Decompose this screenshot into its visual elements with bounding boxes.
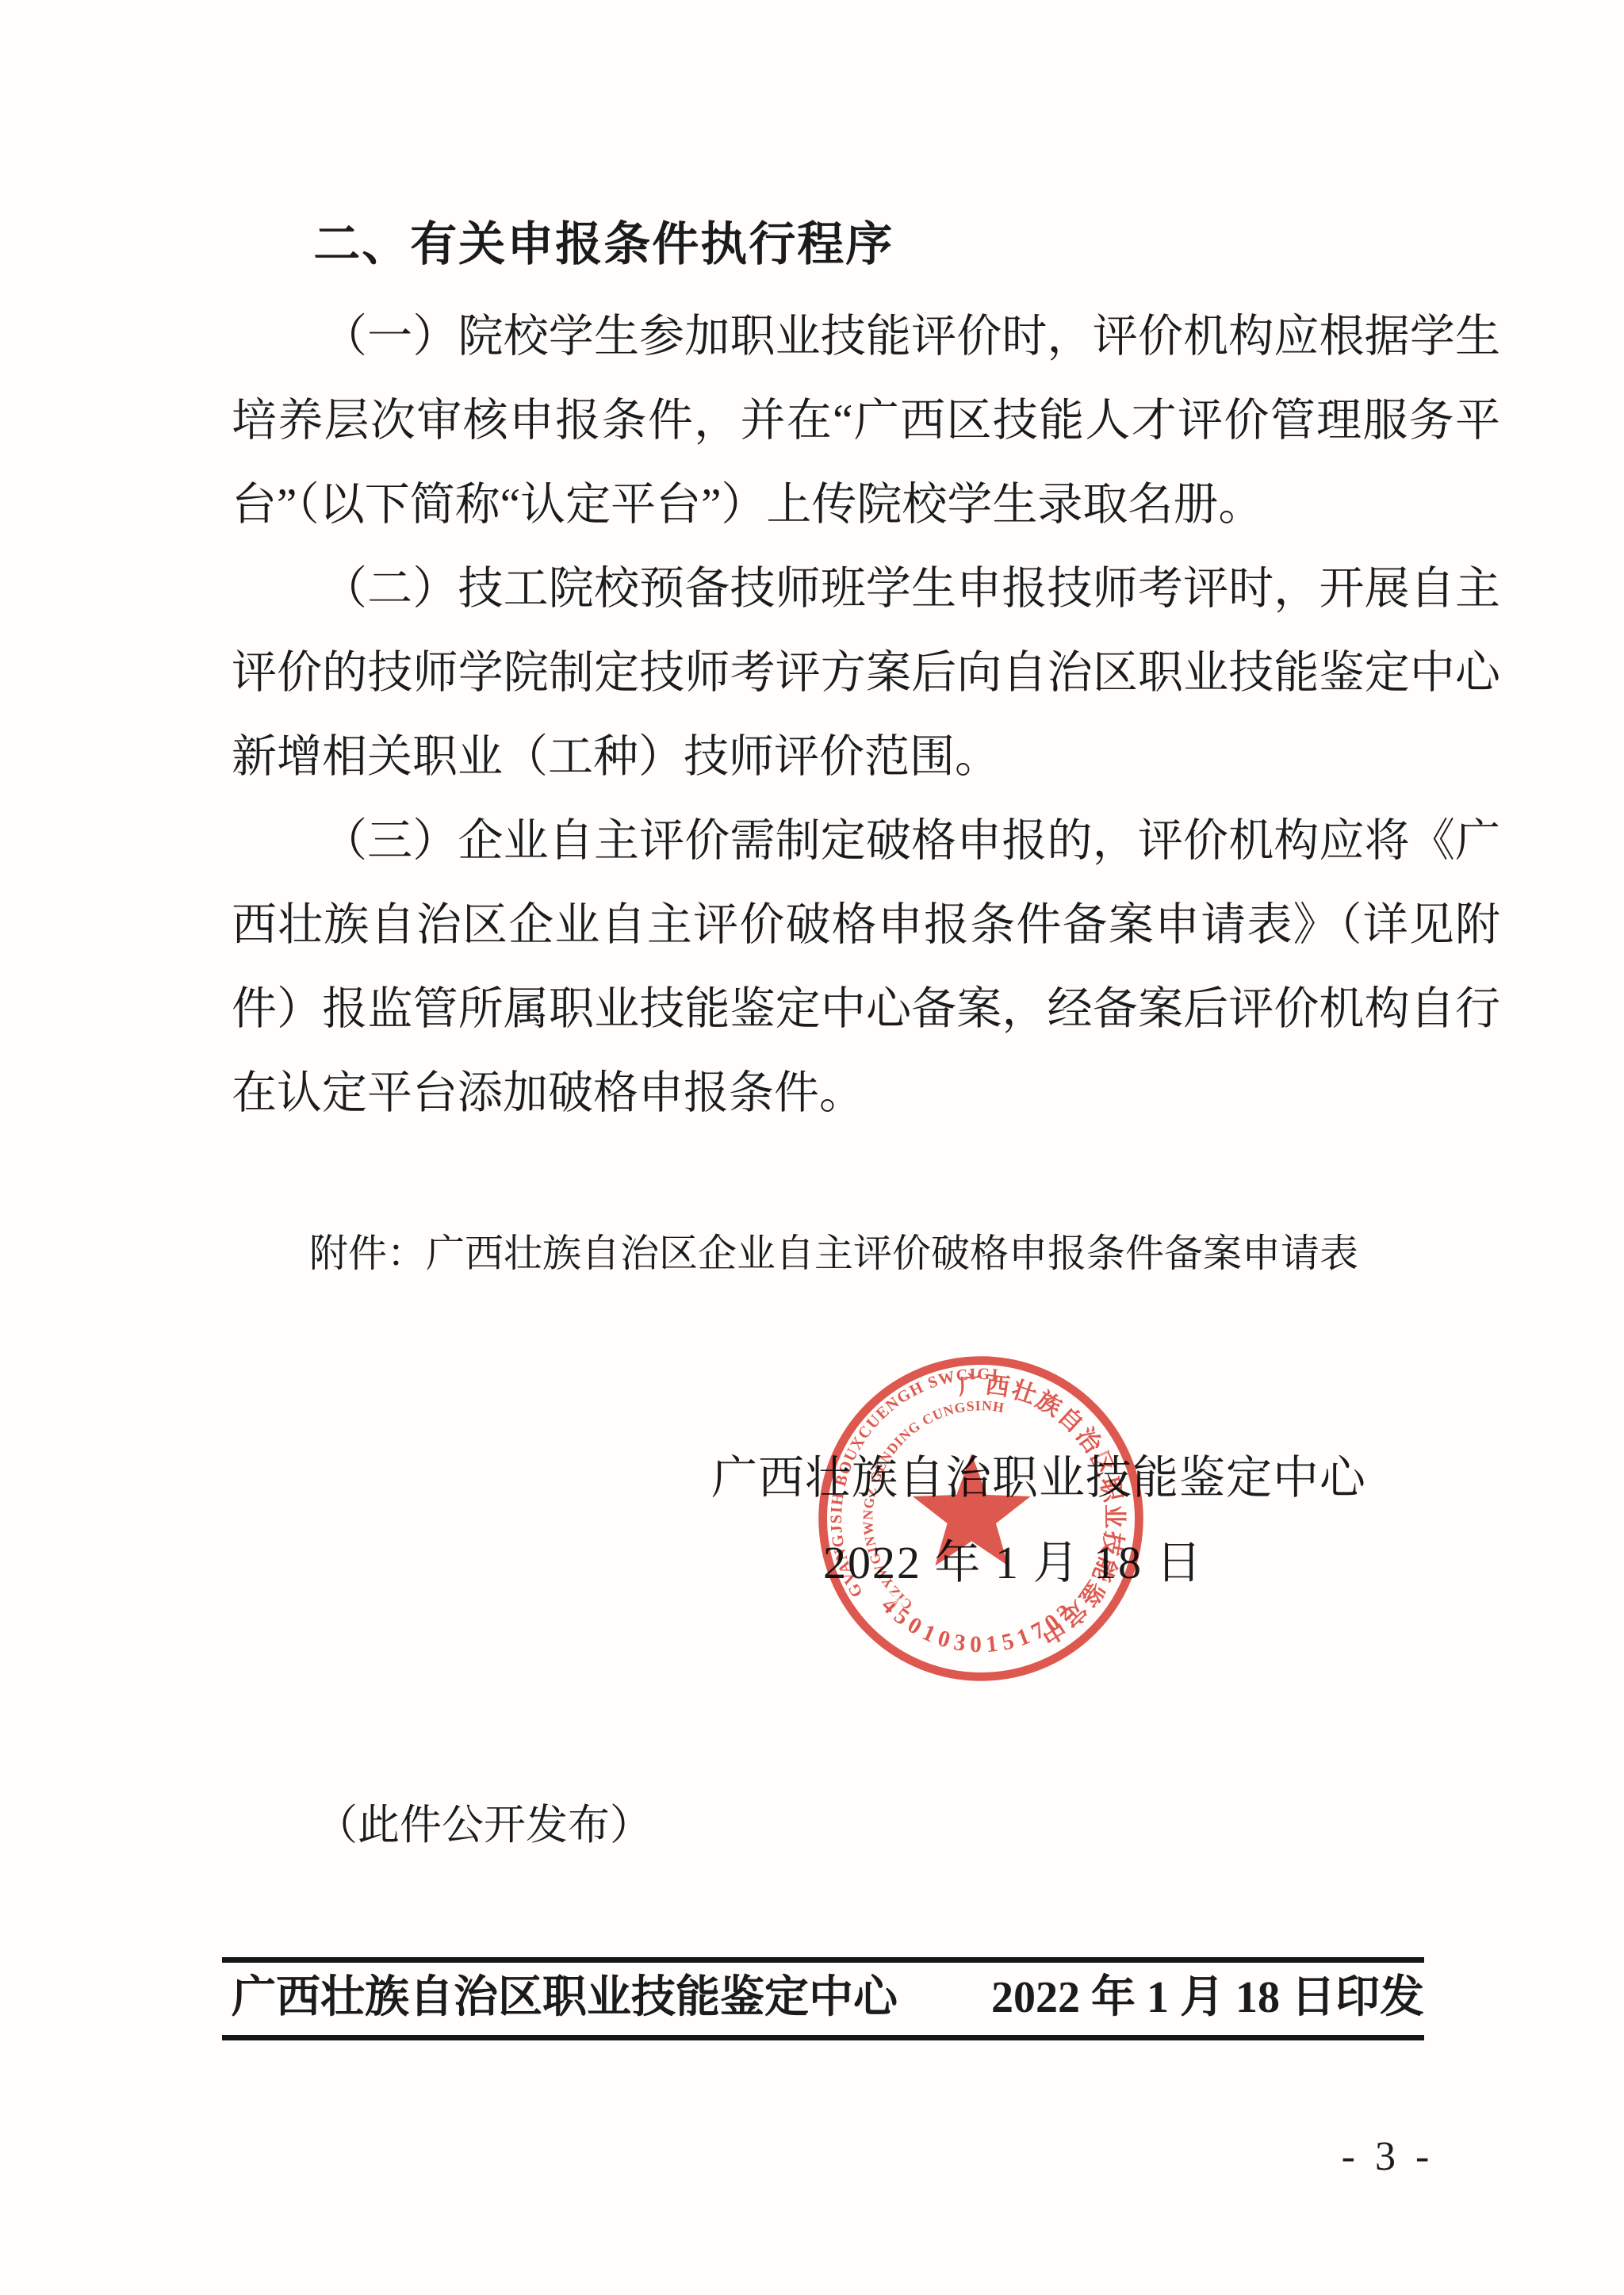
footer-rule-bottom — [222, 2035, 1424, 2040]
body-line: 件）报监管所属职业技能鉴定中心备案，经备案后评价机构自行 — [232, 967, 1500, 1052]
body-line: （二）技工院校预备技师班学生申报技师考评时，开展自主 — [232, 547, 1500, 631]
official-seal: GVANGJSIH BOUXCUENGH SWCIGIH CIZYWGINWNG… — [810, 1348, 1151, 1689]
body-line: （一）院校学生参加职业技能评价时，评价机构应根据学生 — [232, 295, 1500, 379]
body-line: 新增相关职业（工种）技师评价范围。 — [232, 715, 1500, 799]
body-line: 台”（以下简称“认定平台”）上传院校学生录取名册。 — [232, 463, 1500, 547]
body-line: 评价的技师学院制定技师考评方案后向自治区职业技能鉴定中心 — [232, 631, 1500, 715]
page-number: - 3 - — [1308, 2133, 1467, 2181]
body-line: 在认定平台添加破格申报条件。 — [232, 1052, 1500, 1136]
seal-star-icon — [913, 1454, 1031, 1565]
footer-issuer: 广西壮族自治区职业技能鉴定中心 — [232, 1974, 898, 2021]
attachment-line: 附件：广西壮族自治区企业自主评价破格申报条件备案申请表 — [232, 1226, 1500, 1282]
public-release-note: （此件公开发布） — [232, 1798, 1500, 1853]
body-line: 培养层次审核申报条件，并在“广西区技能人才评价管理服务平 — [232, 379, 1500, 463]
section-heading: 二、有关申报条件执行程序 — [232, 213, 1500, 276]
footer-rule-top — [222, 1957, 1424, 1963]
footer-print-date: 2022 年 1 月 18 日印发 — [991, 1974, 1424, 2021]
footer-row: 广西壮族自治区职业技能鉴定中心 2022 年 1 月 18 日印发 — [232, 1974, 1424, 2021]
body-line: 西壮族自治区企业自主评价破格申报条件备案申请表》（详见附 — [232, 883, 1500, 967]
body-line: （三）企业自主评价需制定破格申报的，评价机构应将《广 — [232, 799, 1500, 883]
document-page: 二、有关申报条件执行程序 （一）院校学生参加职业技能评价时，评价机构应根据学生 … — [0, 0, 1624, 2295]
